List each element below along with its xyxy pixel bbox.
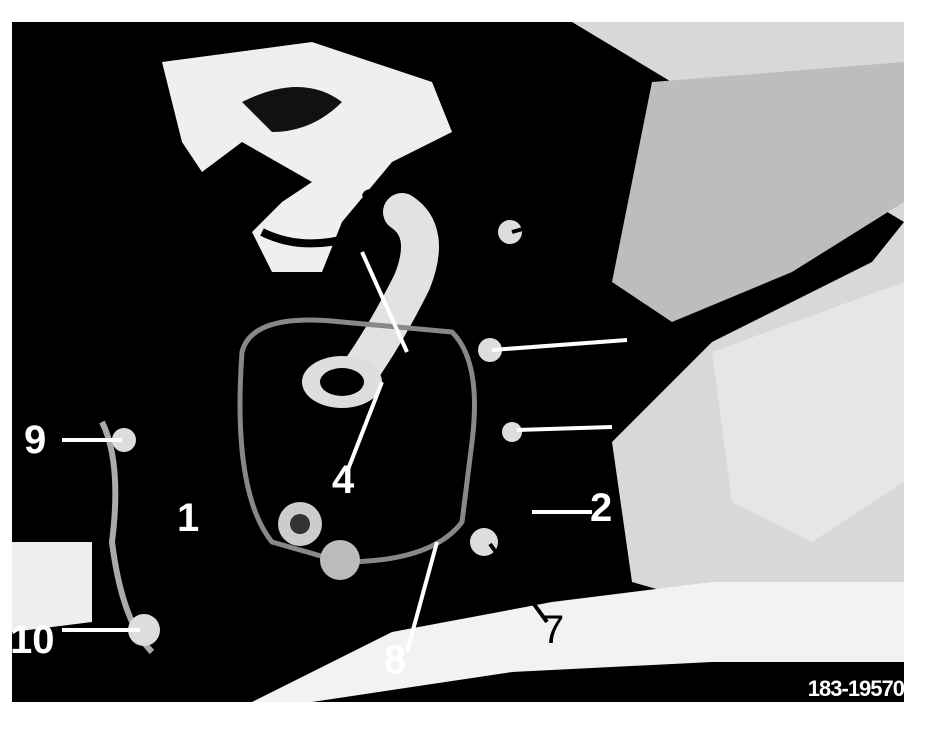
callout-4: 4: [332, 460, 354, 500]
callout-3: 3: [360, 184, 382, 224]
callout-2: 2: [590, 488, 612, 528]
photo-illustration: [12, 22, 904, 702]
engine-component-photo: 9 1 10 3 6 4 2 7 8 183-19570: [12, 22, 904, 702]
callout-10: 10: [12, 620, 55, 660]
figure-reference-code: 183-19570: [808, 676, 904, 702]
callout-7: 7: [542, 610, 564, 650]
callout-1: 1: [177, 498, 199, 538]
callout-6: 6: [600, 180, 622, 220]
callout-8: 8: [384, 640, 406, 680]
callout-9: 9: [24, 420, 46, 460]
